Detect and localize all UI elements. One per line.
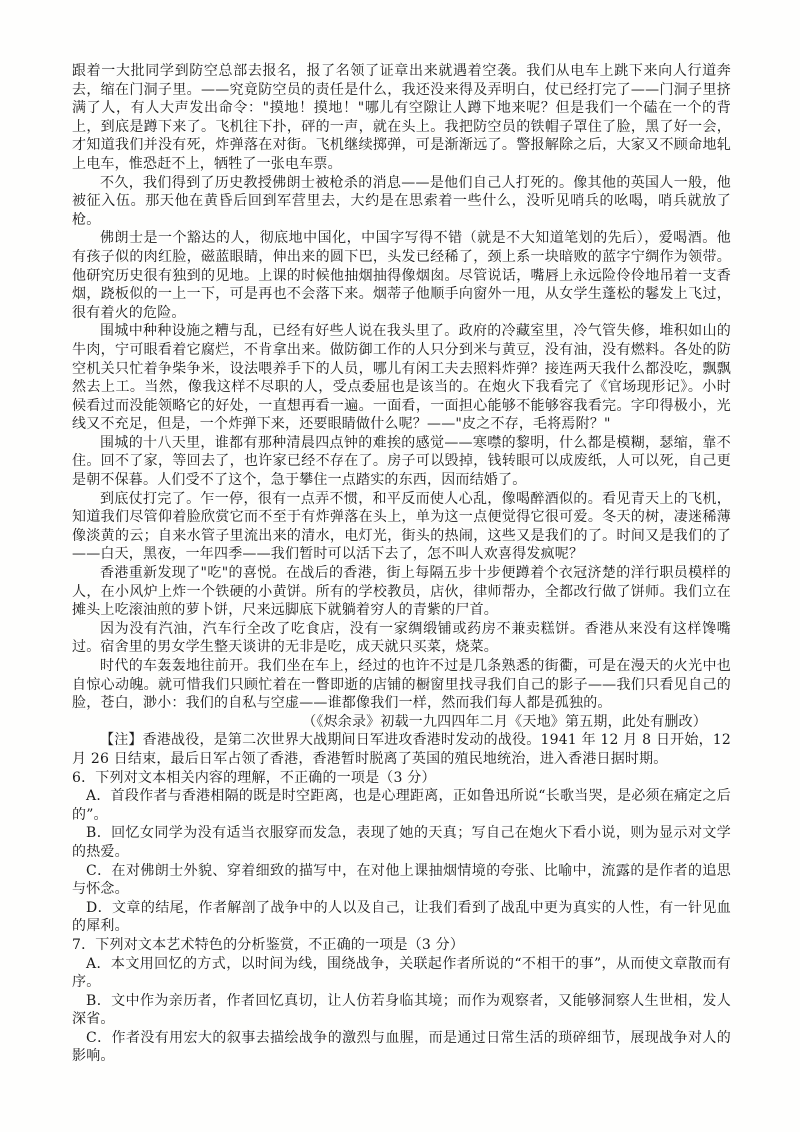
passage-paragraph-5: 围城的十八天里，谁都有那种清晨四点钟的难挨的感觉——寒噤的黎明，什么都是模糊，瑟… (72, 434, 731, 490)
question-6-option-b: B．回忆女同学为没有适当衣服穿而发急，表现了她的天真；写自己在炮火下看小说，则为… (72, 824, 731, 861)
passage-paragraph-7: 香港重新发现了"吃"的喜悦。在战后的香港，街上每隔五步十步便蹲着个衣冠济楚的洋行… (72, 564, 731, 620)
question-7-option-c: C．作者没有用宏大的叙事去描绘战争的激烈与血腥，而是通过日常生活的琐碎细节，展现… (72, 1029, 731, 1066)
question-7-stem: 7．下列对文本艺术特色的分析鉴赏，不正确的一项是（3 分） (72, 936, 731, 955)
passage-paragraph-1: 跟着一大批同学到防空总部去报名，报了名领了证章出来就遇着空袭。我们从电车上跳下来… (72, 62, 731, 174)
passage-paragraph-8: 因为没有汽油，汽车行全改了吃食店，没有一家绸缎铺或药房不兼卖糕饼。香港从来没有这… (72, 620, 731, 657)
passage-paragraph-3: 佛朗士是一个豁达的人，彻底地中国化，中国字写得不错（就是不大知道笔划的先后），爱… (72, 229, 731, 322)
note-paragraph: 【注】香港战役，是第二次世界大战期间日军进攻香港时发动的战役。1941 年 12… (72, 731, 731, 768)
scanned-exam-page: 跟着一大批同学到防空总部去报名，报了名领了证章出来就遇着空袭。我们从电车上跳下来… (0, 0, 800, 1132)
question-7-option-a: A．本文用回忆的方式，以时间为线，围绕战争，关联起作者所说的“不相干的事”，从而… (72, 955, 731, 992)
question-6-option-c: C．在对佛朗士外貌、穿着细致的描写中，在对他上课抽烟情境的夸张、比喻中，流露的是… (72, 862, 731, 899)
source-attribution: （《烬余录》初载一九四四年二月《天地》第五期，此处有删改） (72, 713, 731, 732)
passage-paragraph-9: 时代的车轰轰地往前开。我们坐在车上，经过的也许不过是几条熟悉的街衢，可是在漫天的… (72, 657, 731, 713)
question-6-option-d: D．文章的结尾，作者解剖了战争中的人以及自己，让我们看到了战乱中更为真实的人性，… (72, 899, 731, 936)
question-6-stem: 6．下列对文本相关内容的理解，不正确的一项是（3 分） (72, 769, 731, 788)
passage-paragraph-6: 到底仗打完了。乍一停，很有一点弄不惯，和平反而使人心乱，像喝醉酒似的。看见青天上… (72, 490, 731, 564)
passage-paragraph-2: 不久，我们得到了历史教授佛朗士被枪杀的消息——是他们自己人打死的。像其他的英国人… (72, 174, 731, 230)
question-6-option-a: A．首段作者与香港相隔的既是时空距离，也是心理距离，正如鲁迅所说“长歌当哭，是必… (72, 787, 731, 824)
reading-passage-and-questions: 跟着一大批同学到防空总部去报名，报了名领了证章出来就遇着空袭。我们从电车上跳下来… (72, 62, 731, 1066)
question-7-option-b: B．文中作为亲历者，作者回忆真切，让人仿若身临其境；而作为观察者，又能够洞察人生… (72, 992, 731, 1029)
passage-paragraph-4: 围城中种种设施之糟与乱，已经有好些人说在我头里了。政府的冷藏室里，冷气管失修，堆… (72, 322, 731, 434)
